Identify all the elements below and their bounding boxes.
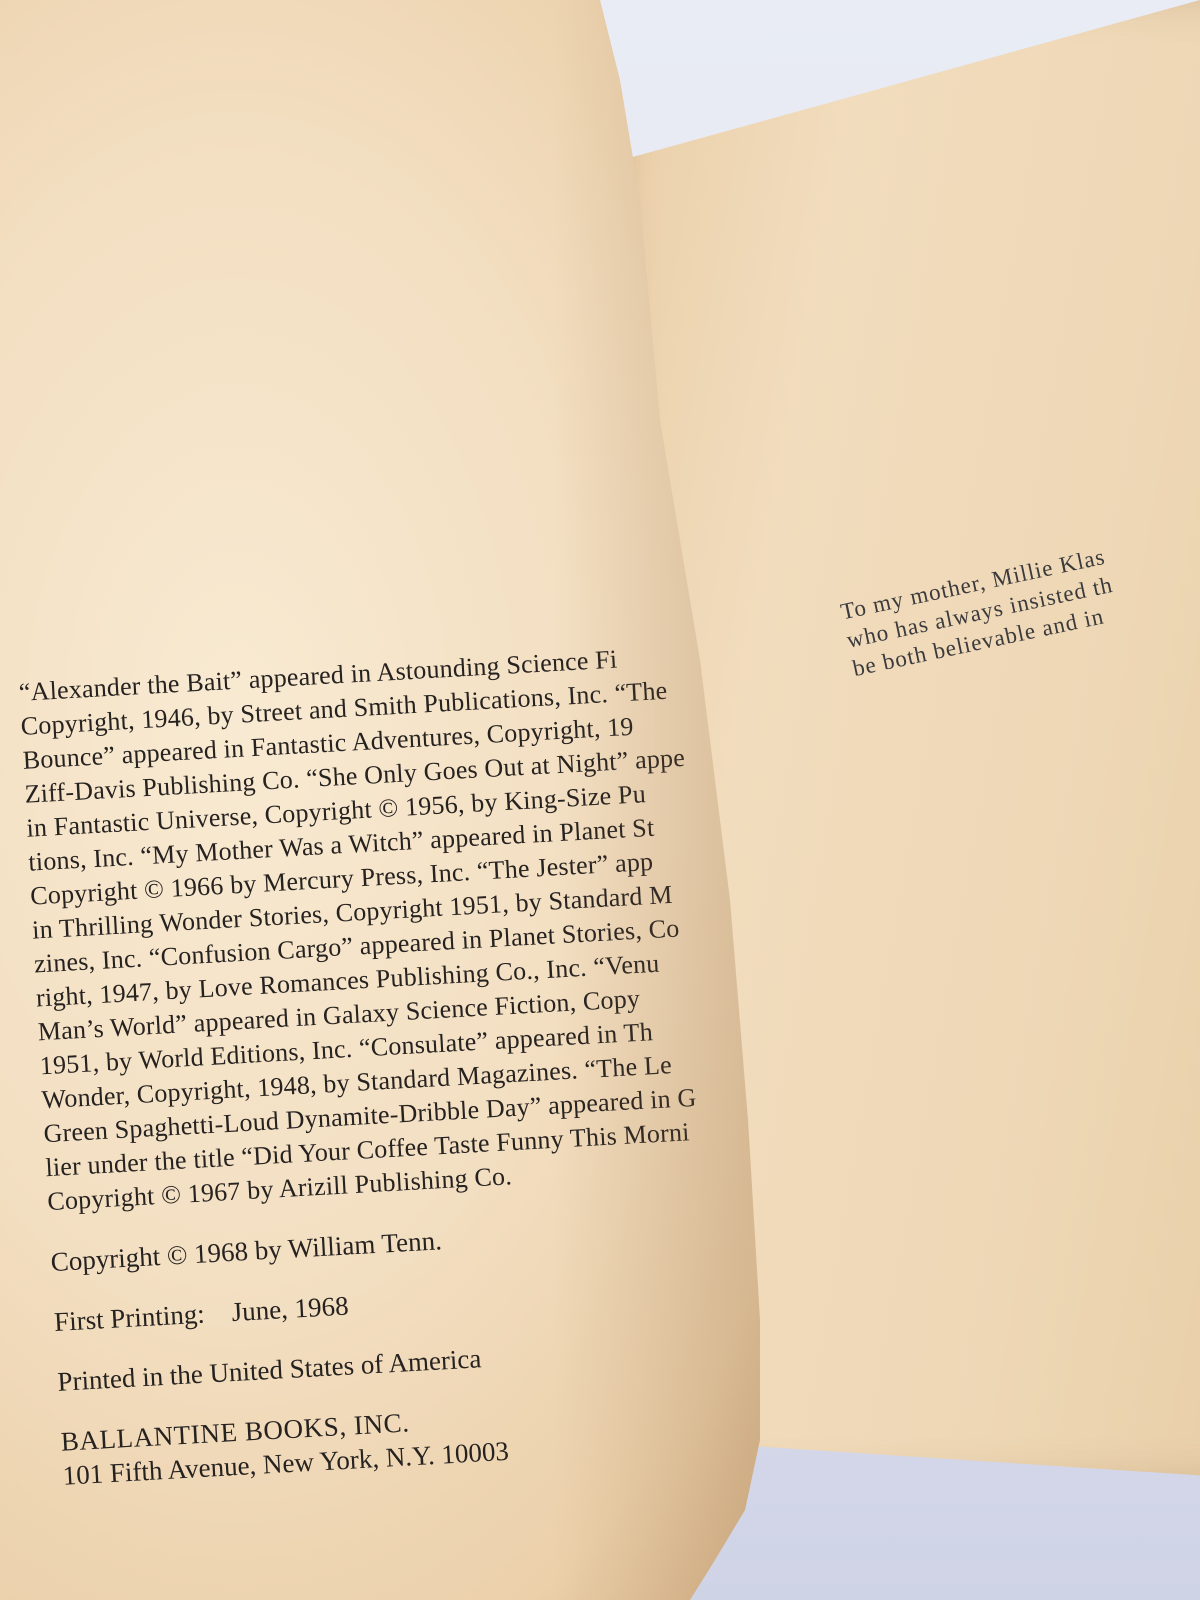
first-printing-label: First Printing: xyxy=(53,1299,205,1337)
copyright-page-text: “Alexander the Bait” appeared in Astound… xyxy=(18,636,783,1493)
first-printing-date: June, 1968 xyxy=(231,1291,349,1327)
